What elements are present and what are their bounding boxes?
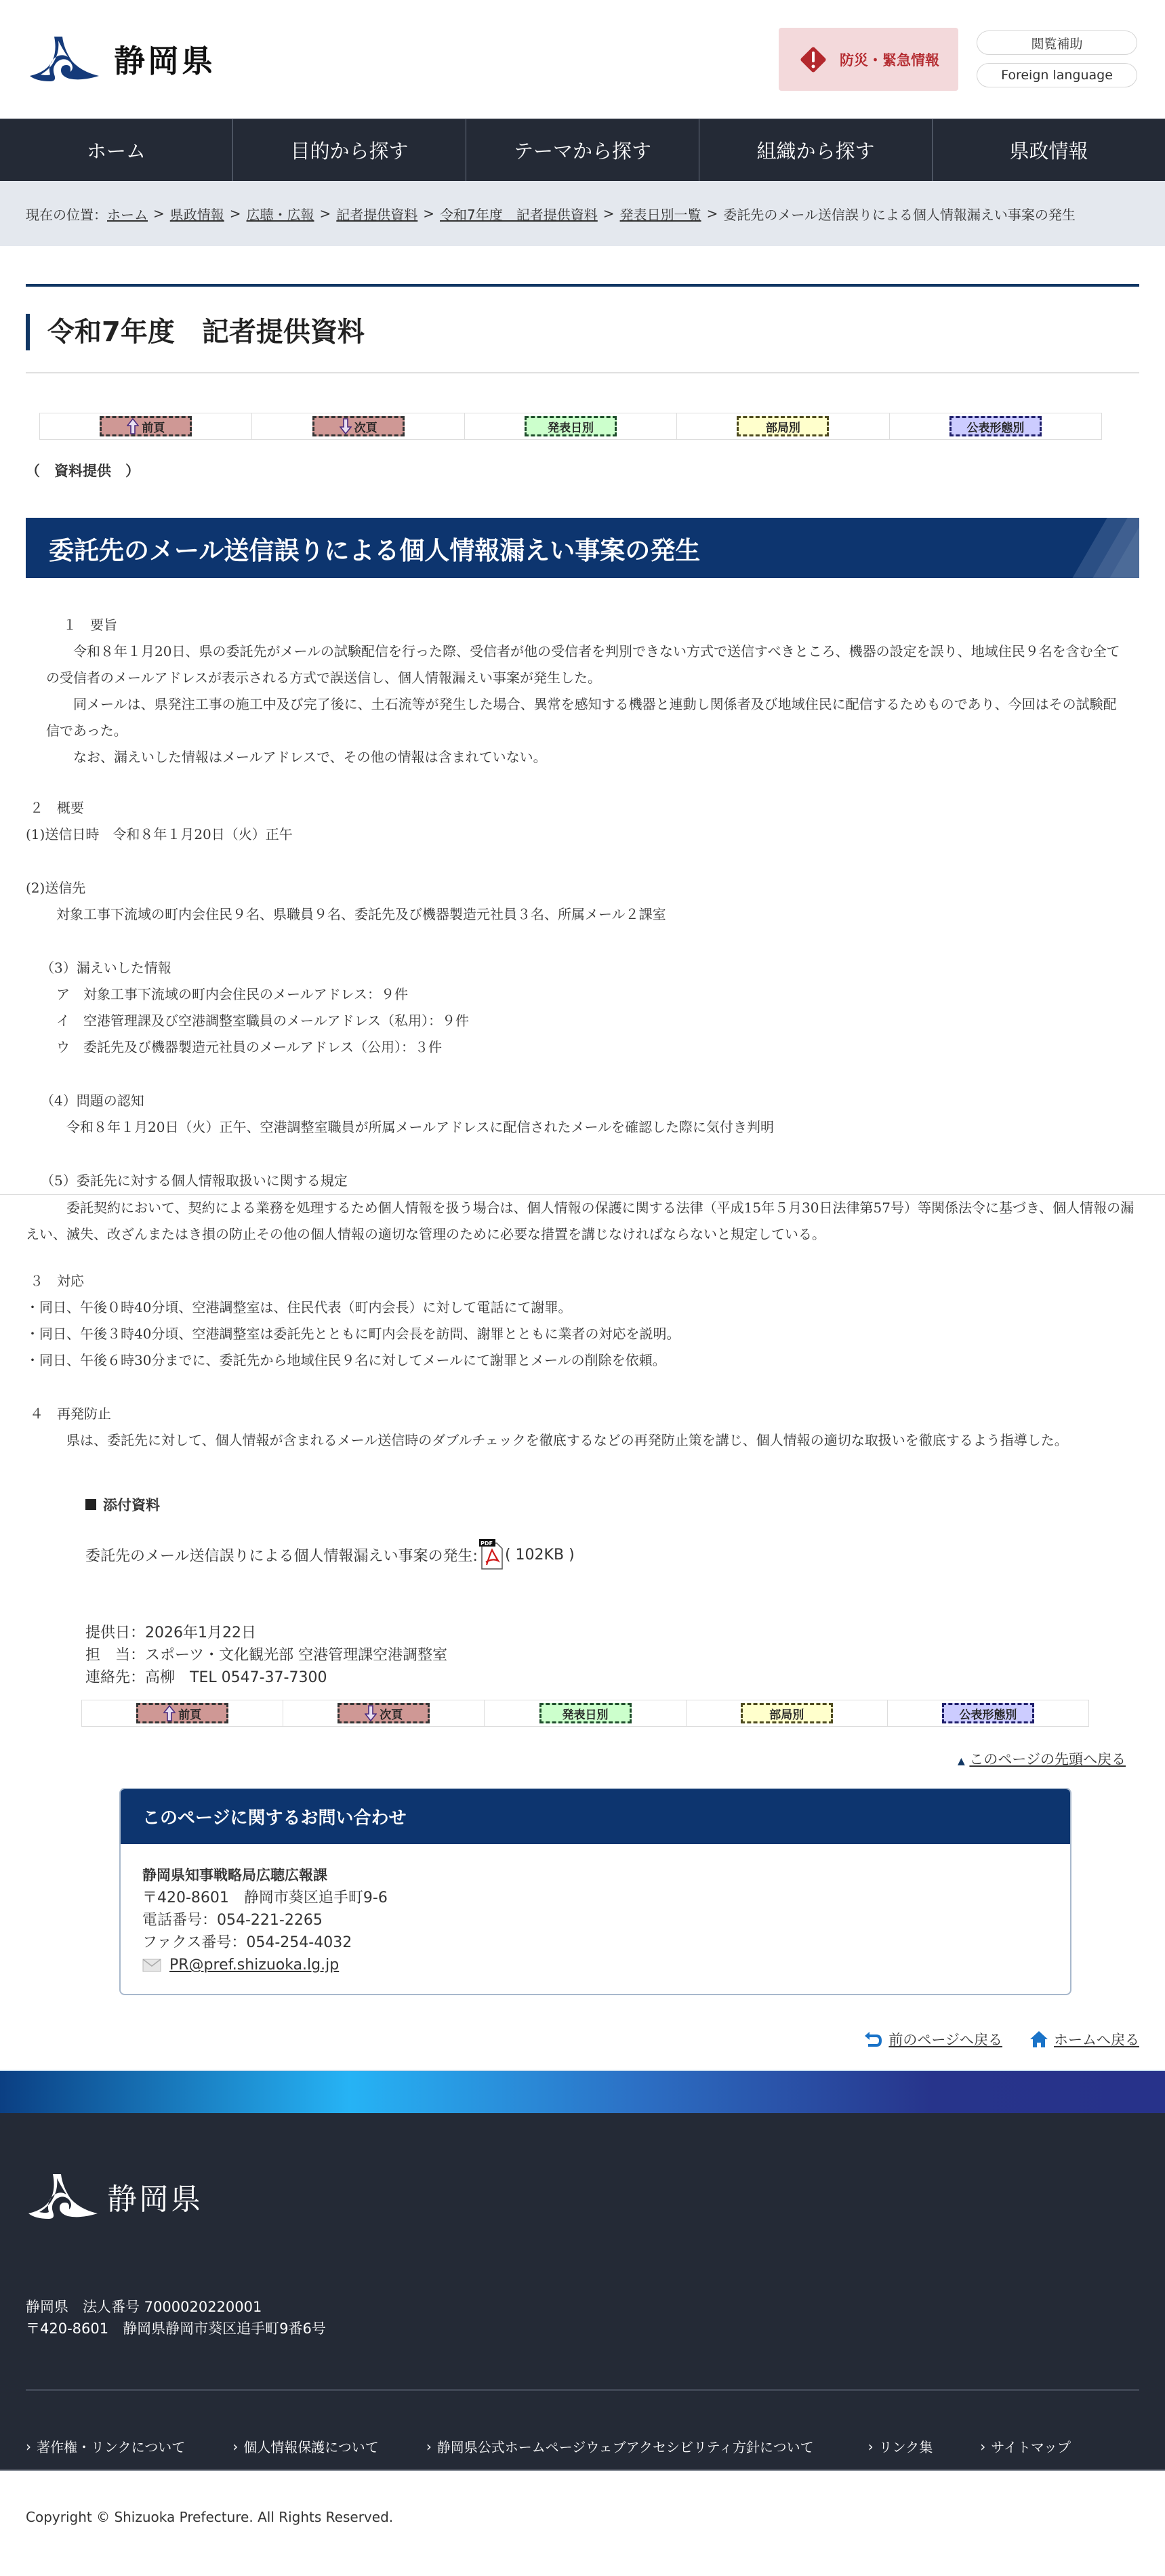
global-nav: ホーム 目的から探す テーマから探す 組織から探す 県政情報 bbox=[0, 119, 1165, 181]
footer-link-accessibility-policy[interactable]: ›静岡県公式ホームページウェブアクセシビリティ方針について bbox=[426, 2436, 814, 2456]
chevron-right-icon: › bbox=[26, 2438, 31, 2455]
back-to-home-link[interactable]: ホームへ戻る bbox=[1029, 2029, 1139, 2049]
next-page-button[interactable]: 次頁 bbox=[338, 1703, 430, 1723]
warning-icon bbox=[798, 44, 829, 75]
chevron-right-icon: › bbox=[868, 2438, 874, 2455]
subsection-heading: （4）問題の認知 bbox=[26, 1088, 1139, 1114]
back-to-previous-page-label: 前のページへ戻る bbox=[888, 2029, 1002, 2049]
svg-text:PDF: PDF bbox=[481, 1540, 493, 1547]
release-contact: 連絡先：高柳 TEL 0547-37-7300 bbox=[85, 1667, 1139, 1689]
arrow-up-icon bbox=[163, 1705, 176, 1721]
release-nav-top: 前頁 次頁 発表日別 部局別 公表形態別 bbox=[39, 413, 1102, 440]
footer-links: ›著作権・リンクについて ›個人情報保護について ›静岡県公式ホームページウェブ… bbox=[26, 2436, 1118, 2456]
article-paragraph: 委託契約において、契約による業務を処理するため個人情報を扱う場合は、個人情報の保… bbox=[26, 1195, 1139, 1248]
return-arrow-icon bbox=[864, 2030, 883, 2048]
contact-phone: 電話番号：054-221-2265 bbox=[142, 1909, 1048, 1931]
article-paragraph: 令和８年１月20日、県の委託先がメールの試験配信を行った際、受信者が他の受信者を… bbox=[46, 638, 1126, 691]
arrow-down-icon bbox=[340, 418, 352, 434]
site-header: 静岡県 防災・緊急情報 閲覧補助 Foreign language bbox=[0, 0, 1165, 119]
arrow-up-icon bbox=[127, 418, 139, 434]
contact-fax: ファクス番号：054-254-4032 bbox=[142, 1931, 1048, 1954]
contact-body: 静岡県知事戦略局広聴広報課 〒420-8601 静岡市葵区追手町9-6 電話番号… bbox=[121, 1844, 1070, 1994]
prev-page-label: 前頁 bbox=[178, 1705, 201, 1722]
gnav-by-purpose[interactable]: 目的から探す bbox=[233, 119, 466, 181]
breadcrumb-separator: > bbox=[423, 205, 434, 222]
list-item: ・同日、午後０時40分頃、空港調整室は、住民代表（町内会長）に対して電話にて謝罪… bbox=[26, 1294, 1139, 1321]
foreign-language-button[interactable]: Foreign language bbox=[977, 63, 1137, 87]
footer-link-privacy[interactable]: ›個人情報保護について bbox=[232, 2436, 379, 2456]
breadcrumb-separator: > bbox=[320, 205, 331, 222]
footer-link-label: 著作権・リンクについて bbox=[37, 2436, 185, 2456]
next-page-label: 次頁 bbox=[354, 418, 377, 435]
nav-cell: 前頁 bbox=[82, 1700, 283, 1726]
attachments-heading-text: 添付資料 bbox=[103, 1494, 160, 1515]
nav-cell: 次頁 bbox=[252, 413, 464, 439]
nav-cell: 公表形態別 bbox=[888, 1700, 1088, 1726]
contact-address: 〒420-8601 静岡市葵区追手町9-6 bbox=[142, 1887, 1048, 1909]
release-department: 担 当：スポーツ・文化観光部 空港管理課空港調整室 bbox=[85, 1644, 1139, 1667]
next-page-button[interactable]: 次頁 bbox=[312, 416, 405, 436]
breadcrumb-separator: > bbox=[153, 205, 165, 222]
list-item: ・同日、午後３時40分頃、空港調整室は委託先とともに町内会長を訪問、謝罪とともに… bbox=[26, 1321, 1139, 1347]
breadcrumb-current: 委託先のメール送信誤りによる個人情報漏えい事案の発生 bbox=[723, 204, 1076, 224]
breadcrumb: 現在の位置： ホーム > 県政情報 > 広聴・広報 > 記者提供資料 > 令和7… bbox=[0, 181, 1165, 246]
list-item: ウ 委託先及び機器製造元社員のメールアドレス（公用）：３件 bbox=[26, 1034, 1139, 1061]
site-logo-text: 静岡県 bbox=[114, 37, 216, 81]
article-paragraph: 県は、委託先に対して、個人情報が含まれるメール送信時のダブルチェックを徹底するな… bbox=[26, 1427, 1139, 1454]
footer-logo: 静岡県 bbox=[26, 2171, 203, 2222]
contact-email-link[interactable]: PR@pref.shizuoka.lg.jp bbox=[169, 1954, 339, 1976]
title-divider bbox=[26, 372, 1139, 373]
copyright: Copyright © Shizuoka Prefecture. All Rig… bbox=[0, 2471, 1165, 2573]
article-paragraph: なお、漏えいした情報はメールアドレスで、その他の情報は含まれていない。 bbox=[46, 744, 1126, 771]
contact-heading: このページに関するお問い合わせ bbox=[121, 1789, 1070, 1844]
emergency-info-label: 防災・緊急情報 bbox=[840, 49, 939, 70]
shizuoka-logo-icon bbox=[27, 34, 102, 84]
gnav-by-theme[interactable]: テーマから探す bbox=[466, 119, 699, 181]
accessibility-assist-button[interactable]: 閲覧補助 bbox=[977, 30, 1137, 55]
article-line: 令和８年１月20日（火）正午、空港調整室職員が所属メールアドレスに配信されたメー… bbox=[26, 1114, 1139, 1141]
article-body: １ 要旨 令和８年１月20日、県の委託先がメールの試験配信を行った際、受信者が他… bbox=[26, 612, 1139, 1454]
footer-link-links[interactable]: ›リンク集 bbox=[868, 2436, 933, 2456]
back-links: 前のページへ戻る ホームへ戻る bbox=[0, 2029, 1139, 2049]
by-department-button[interactable]: 部局別 bbox=[741, 1703, 833, 1723]
subsection-heading: （5）委託先に対する個人情報取扱いに関する規定 bbox=[26, 1168, 1139, 1194]
by-release-type-button[interactable]: 公表形態別 bbox=[949, 416, 1042, 436]
breadcrumb-prefix: 現在の位置： bbox=[26, 204, 107, 224]
footer-link-label: サイトマップ bbox=[991, 2436, 1071, 2456]
article-headline-text: 委託先のメール送信誤りによる個人情報漏えい事案の発生 bbox=[49, 530, 700, 567]
square-bullet-icon bbox=[85, 1499, 96, 1510]
breadcrumb-link-prefectural-info[interactable]: 県政情報 bbox=[170, 204, 224, 224]
chevron-right-icon: › bbox=[426, 2438, 432, 2455]
section-heading: ３ 対応 bbox=[26, 1268, 1139, 1294]
emergency-info-button[interactable]: 防災・緊急情報 bbox=[779, 28, 958, 91]
pdf-file-icon: PDF bbox=[479, 1539, 504, 1570]
nav-cell: 発表日別 bbox=[465, 413, 677, 439]
site-footer: 静岡県 静岡県 法人番号 7000020220001 〒420-8601 静岡県… bbox=[0, 2113, 1165, 2470]
page-title: 令和7年度 記者提供資料 bbox=[26, 314, 1139, 350]
subsection-heading: （3）漏えいした情報 bbox=[26, 955, 1139, 981]
nav-cell: 部局別 bbox=[687, 1700, 888, 1726]
footer-divider bbox=[26, 2389, 1139, 2391]
footer-corporate-number: 静岡県 法人番号 7000020220001 bbox=[26, 2296, 326, 2318]
footer-address: 〒420-8601 静岡県静岡市葵区追手町9番6号 bbox=[26, 2318, 326, 2339]
release-date: 提供日：2026年1月22日 bbox=[85, 1622, 1139, 1644]
release-kind: （ 資料提供 ） bbox=[26, 460, 1139, 481]
breadcrumb-link-home[interactable]: ホーム bbox=[107, 204, 148, 224]
footer-link-label: 静岡県公式ホームページウェブアクセシビリティ方針について bbox=[437, 2436, 814, 2456]
article-paragraph: 同メールは、県発注工事の施工中及び完了後に、土石流等が発生した場合、異常を感知す… bbox=[46, 691, 1126, 744]
footer-logo-text: 静岡県 bbox=[107, 2175, 203, 2218]
nav-cell: 部局別 bbox=[677, 413, 889, 439]
page-top-link[interactable]: このページの先頭へ戻る bbox=[969, 1751, 1126, 1767]
chevron-right-icon: › bbox=[232, 2438, 238, 2455]
nav-cell: 前頁 bbox=[40, 413, 252, 439]
by-release-type-button[interactable]: 公表形態別 bbox=[942, 1703, 1034, 1723]
breadcrumb-link-r7-press-releases[interactable]: 令和7年度 記者提供資料 bbox=[440, 204, 598, 224]
breadcrumb-separator: > bbox=[603, 205, 615, 222]
section-heading: ２ 概要 bbox=[26, 795, 1139, 821]
back-to-home-label: ホームへ戻る bbox=[1054, 2029, 1139, 2049]
title-top-rule bbox=[26, 284, 1139, 287]
prev-page-label: 前頁 bbox=[142, 418, 165, 435]
breadcrumb-link-press-releases[interactable]: 記者提供資料 bbox=[336, 204, 417, 224]
footer-gradient-band bbox=[0, 2070, 1165, 2113]
site-logo-link[interactable]: 静岡県 bbox=[27, 34, 216, 84]
contact-organization: 静岡県知事戦略局広聴広報課 bbox=[142, 1864, 1048, 1887]
attachment-size: ( 102KB ) bbox=[505, 1547, 575, 1563]
attachment-row: 委託先のメール送信誤りによる個人情報漏えい事案の発生: PDF ( 102KB … bbox=[85, 1539, 1139, 1570]
release-meta: 提供日：2026年1月22日 担 当：スポーツ・文化観光部 空港管理課空港調整室… bbox=[85, 1622, 1139, 1689]
attachments-heading: 添付資料 bbox=[85, 1494, 1139, 1515]
chevron-right-icon: › bbox=[980, 2438, 985, 2455]
gnav-home[interactable]: ホーム bbox=[0, 119, 233, 181]
by-department-button[interactable]: 部局別 bbox=[737, 416, 829, 436]
nav-cell: 公表形態別 bbox=[890, 413, 1101, 439]
shizuoka-logo-icon bbox=[26, 2171, 100, 2222]
back-to-previous-page-link[interactable]: 前のページへ戻る bbox=[864, 2029, 1002, 2049]
attachment-link[interactable]: 委託先のメール送信誤りによる個人情報漏えい事案の発生: bbox=[85, 1545, 478, 1566]
breadcrumb-separator: > bbox=[707, 205, 718, 222]
article-line: (1)送信日時 令和８年１月20日（火）正午 bbox=[26, 821, 1139, 848]
section-heading: １ 要旨 bbox=[46, 612, 1126, 638]
page-top: ▲ このページの先頭へ戻る bbox=[26, 1749, 1126, 1769]
footer-link-label: 個人情報保護について bbox=[243, 2436, 379, 2456]
contact-email-row: PR@pref.shizuoka.lg.jp bbox=[142, 1954, 1048, 1976]
arrow-down-icon bbox=[365, 1705, 377, 1721]
breadcrumb-link-public-relations[interactable]: 広聴・広報 bbox=[247, 204, 314, 224]
footer-info: 静岡県 法人番号 7000020220001 〒420-8601 静岡県静岡市葵… bbox=[26, 2296, 326, 2339]
footer-link-sitemap[interactable]: ›サイトマップ bbox=[980, 2436, 1071, 2456]
list-item: ア 対象工事下流域の町内会住民のメールアドレス：９件 bbox=[26, 981, 1139, 1008]
prev-page-button[interactable]: 前頁 bbox=[100, 416, 192, 436]
breadcrumb-separator: > bbox=[230, 205, 241, 222]
nav-cell: 次頁 bbox=[283, 1700, 485, 1726]
gnav-prefectural-info[interactable]: 県政情報 bbox=[933, 119, 1165, 181]
section-heading: ４ 再発防止 bbox=[26, 1401, 1139, 1427]
release-nav-bottom: 前頁 次頁 発表日別 部局別 公表形態別 bbox=[81, 1700, 1089, 1727]
home-icon bbox=[1029, 2030, 1048, 2048]
by-date-button[interactable]: 発表日別 bbox=[525, 416, 617, 436]
footer-link-label: リンク集 bbox=[879, 2436, 933, 2456]
by-date-button[interactable]: 発表日別 bbox=[539, 1703, 632, 1723]
next-page-label: 次頁 bbox=[380, 1705, 403, 1722]
mail-icon bbox=[142, 1959, 161, 1972]
footer-link-copyright[interactable]: ›著作権・リンクについて bbox=[26, 2436, 185, 2456]
triangle-up-icon: ▲ bbox=[958, 1756, 965, 1767]
article-line: 対象工事下流域の町内会住民９名、県職員９名、委託先及び機器製造元社員３名、所属メ… bbox=[26, 901, 1139, 928]
nav-cell: 発表日別 bbox=[485, 1700, 686, 1726]
breadcrumb-link-by-date[interactable]: 発表日別一覧 bbox=[620, 204, 701, 224]
article-headline: 委託先のメール送信誤りによる個人情報漏えい事案の発生 bbox=[26, 518, 1139, 578]
gnav-by-organization[interactable]: 組織から探す bbox=[699, 119, 933, 181]
subsection-heading: (2)送信先 bbox=[26, 875, 1139, 901]
main-content: 令和7年度 記者提供資料 前頁 次頁 発表日別 部局別 公表形態別 （ 資料提供… bbox=[0, 284, 1165, 1995]
contact-box: このページに関するお問い合わせ 静岡県知事戦略局広聴広報課 〒420-8601 … bbox=[119, 1788, 1071, 1995]
list-item: イ 空港管理課及び空港調整室職員のメールアドレス（私用）：９件 bbox=[26, 1008, 1139, 1034]
list-item: ・同日、午後６時30分までに、委託先から地域住民９名に対してメールにて謝罪とメー… bbox=[26, 1347, 1139, 1374]
attachments: 添付資料 委託先のメール送信誤りによる個人情報漏えい事案の発生: PDF ( 1… bbox=[85, 1494, 1139, 1570]
prev-page-button[interactable]: 前頁 bbox=[136, 1703, 228, 1723]
